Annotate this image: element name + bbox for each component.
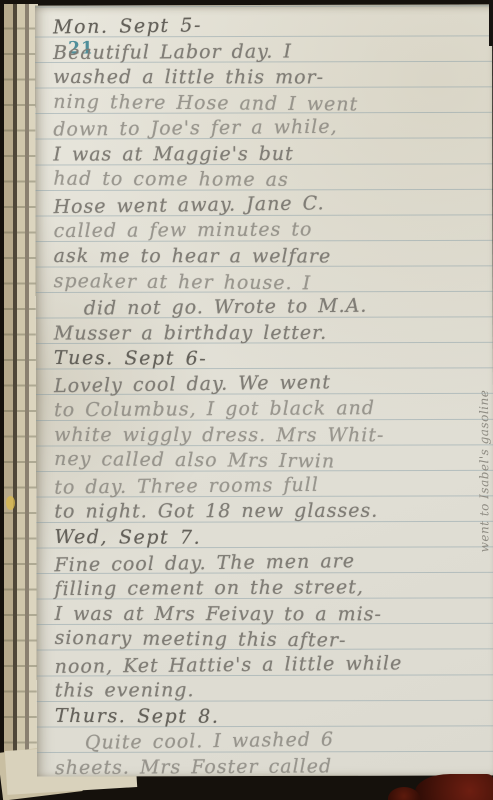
diary-line: white wiggly dress. Mrs Whit- (54, 423, 384, 448)
diary-page: 21 Mon. Sept 5-Beautiful Labor day. Iwas… (35, 4, 493, 776)
diary-line: to day. Three rooms full (54, 473, 319, 501)
diary-line: noon, Ket Hattie's a little while (55, 651, 403, 680)
diary-line: Mon. Sept 5- (53, 13, 202, 40)
diary-line: Fine cool day. The men are (54, 549, 355, 578)
photo-background: 21 Mon. Sept 5-Beautiful Labor day. Iwas… (0, 0, 493, 800)
diary-line: Quite cool. I washed 6 (85, 728, 334, 757)
diary-line: ask me to hear a welfare (54, 244, 332, 269)
page-edge-shadow (489, 0, 493, 46)
diary-line: sheets. Mrs Foster called (55, 754, 332, 781)
diary-line: Beautiful Labor day. I (53, 39, 292, 66)
spine-page-edge (4, 4, 13, 790)
diary-line: to Columbus, I got black and (54, 396, 375, 423)
margin-note: went to Isabel's gasoline (477, 282, 492, 552)
diary-line: called a few minutes to (54, 218, 313, 245)
diary-line: Musser a birthday letter. (54, 320, 327, 346)
diary-line: Thurs. Sept 8. (55, 704, 220, 730)
diary-line: I was at Mrs Feivay to a mis- (55, 602, 382, 627)
diary-line: Tues. Sept 6- (54, 346, 208, 372)
diary-line: this evening. (55, 678, 195, 703)
diary-line: speaker at her house. I (54, 269, 312, 296)
diary-line: had to come home as (53, 167, 288, 193)
diary-line: I was at Maggie's but (53, 142, 293, 168)
diary-line: did not go. Wrote to M.A. (84, 294, 368, 322)
diary-line: Wed, Sept 7. (54, 525, 201, 551)
diary-line: Lovely cool day. We went (54, 370, 331, 399)
diary-line: sionary meeting this after- (55, 626, 347, 654)
diary-line: to night. Got 18 new glasses. (54, 499, 378, 525)
spine-page-edge (17, 4, 25, 790)
diary-line: ning there Hose and I went (53, 89, 358, 117)
paper-stain (6, 496, 15, 510)
diary-lines: Mon. Sept 5-Beautiful Labor day. Iwashed… (53, 4, 488, 776)
diary-line: Hose went away. Jane C. (53, 191, 324, 220)
book-cover-corner (415, 774, 493, 800)
diary-line: filling cement on the street, (54, 575, 363, 602)
diary-line: washed a little this mor- (53, 65, 324, 90)
diary-line: ney called also Mrs Irwin (54, 447, 335, 474)
diary-line: down to Joe's fer a while, (53, 115, 338, 143)
